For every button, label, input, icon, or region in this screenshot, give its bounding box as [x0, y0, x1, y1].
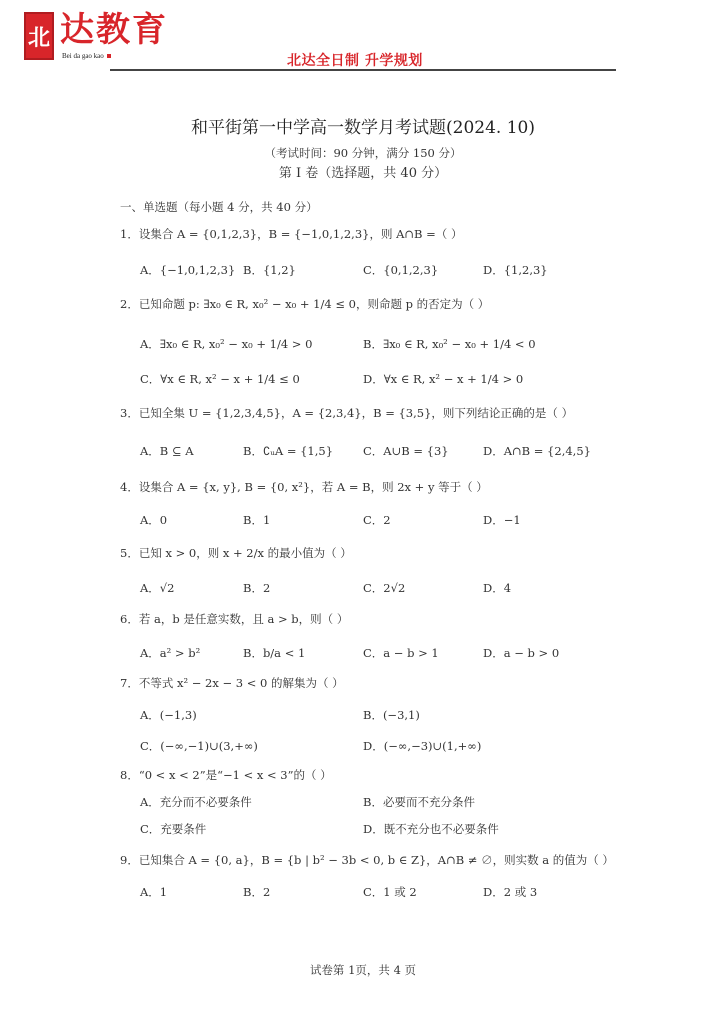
question-3-stem: 3．已知全集 U = {1,2,3,4,5}，A = {2,3,4}，B = {…	[120, 405, 573, 421]
question-6-option-b: B．b/a < 1	[243, 645, 305, 661]
logo-dot-icon	[107, 54, 111, 58]
section-heading: 一、单选题（每小题 4 分，共 40 分）	[120, 199, 318, 215]
page-footer: 试卷第 1页，共 4 页	[0, 962, 726, 978]
question-2-option-c: C．∀x ∈ R, x² − x + 1/4 ≤ 0	[140, 371, 300, 387]
question-6-option-d: D．a − b > 0	[483, 645, 559, 661]
logo-pinyin: Bei da gao kao	[62, 52, 111, 60]
question-7-stem: 7．不等式 x² − 2x − 3 < 0 的解集为（ ）	[120, 675, 344, 691]
question-1-option-a: A．{−1,0,1,2,3}	[140, 262, 235, 278]
logo-pinyin-text: Bei da gao kao	[62, 52, 104, 60]
question-4-option-a: A．0	[140, 512, 167, 528]
question-4-option-d: D．−1	[483, 512, 521, 528]
question-5-option-d: D．4	[483, 580, 511, 596]
question-9-option-a: A．1	[140, 884, 167, 900]
logo-char: 北	[28, 21, 50, 52]
question-7-option-c: C．(−∞,−1)∪(3,+∞)	[140, 738, 258, 754]
header-divider	[110, 69, 616, 71]
question-1-option-d: D．{1,2,3}	[483, 262, 548, 278]
logo-mark: 北	[24, 12, 54, 60]
question-5-option-c: C．2√2	[363, 580, 405, 596]
question-8-option-d: D．既不充分也不必要条件	[363, 821, 499, 837]
question-1-stem: 1．设集合 A = {0,1,2,3}，B = {−1,0,1,2,3}，则 A…	[120, 226, 462, 242]
question-3-option-c: C．A∪B = {3}	[363, 443, 449, 459]
question-6-option-c: C．a − b > 1	[363, 645, 439, 661]
question-1-option-b: B．{1,2}	[243, 262, 296, 278]
question-9-option-b: B．2	[243, 884, 270, 900]
question-3-option-b: B．∁ᵤA = {1,5}	[243, 443, 333, 459]
question-2-option-b: B．∃x₀ ∈ R, x₀² − x₀ + 1/4 < 0	[363, 336, 536, 352]
question-5-option-a: A．√2	[140, 580, 174, 596]
exam-subtitle: （考试时间：90 分钟，满分 150 分）	[0, 145, 726, 161]
question-2-stem: 2．已知命题 p: ∃x₀ ∈ R, x₀² − x₀ + 1/4 ≤ 0，则命…	[120, 296, 489, 312]
question-3-option-a: A．B ⊆ A	[140, 443, 194, 459]
question-9-stem: 9．已知集合 A = {0, a}，B = {b | b² − 3b < 0, …	[120, 852, 614, 868]
exam-volume: 第 I 卷（选择题，共 40 分）	[0, 162, 726, 181]
exam-title: 和平街第一中学高一数学月考试题(2024. 10)	[0, 113, 726, 138]
question-1-option-c: C．{0,1,2,3}	[363, 262, 438, 278]
page-header: 北 达教育 Bei da gao kao 北达全日制 升学规划	[0, 0, 726, 80]
question-5-option-b: B．2	[243, 580, 270, 596]
question-8-stem: 8．“0 < x < 2”是“−1 < x < 3”的（ ）	[120, 767, 332, 783]
logo-text: 达教育	[60, 10, 168, 50]
question-7-option-d: D．(−∞,−3)∪(1,+∞)	[363, 738, 481, 754]
question-2-option-a: A．∃x₀ ∈ R, x₀² − x₀ + 1/4 > 0	[140, 336, 312, 352]
question-4-stem: 4．设集合 A = {x, y}, B = {0, x²}，若 A = B，则 …	[120, 479, 488, 495]
question-6-stem: 6．若 a，b 是任意实数，且 a > b，则（ ）	[120, 611, 348, 627]
slogan: 北达全日制 升学规划	[287, 50, 423, 70]
question-7-option-b: B．(−3,1)	[363, 707, 420, 723]
question-4-option-c: C．2	[363, 512, 391, 528]
question-9-option-c: C．1 或 2	[363, 884, 417, 900]
question-2-option-d: D．∀x ∈ R, x² − x + 1/4 > 0	[363, 371, 523, 387]
question-3-option-d: D．A∩B = {2,4,5}	[483, 443, 591, 459]
question-8-option-c: C．充要条件	[140, 821, 206, 837]
question-8-option-b: B．必要而不充分条件	[363, 794, 475, 810]
question-6-option-a: A．a² > b²	[140, 645, 200, 661]
question-7-option-a: A．(−1,3)	[140, 707, 197, 723]
question-5-stem: 5．已知 x > 0，则 x + 2/x 的最小值为（ ）	[120, 545, 352, 561]
question-9-option-d: D．2 或 3	[483, 884, 537, 900]
question-8-option-a: A．充分而不必要条件	[140, 794, 252, 810]
question-4-option-b: B．1	[243, 512, 270, 528]
